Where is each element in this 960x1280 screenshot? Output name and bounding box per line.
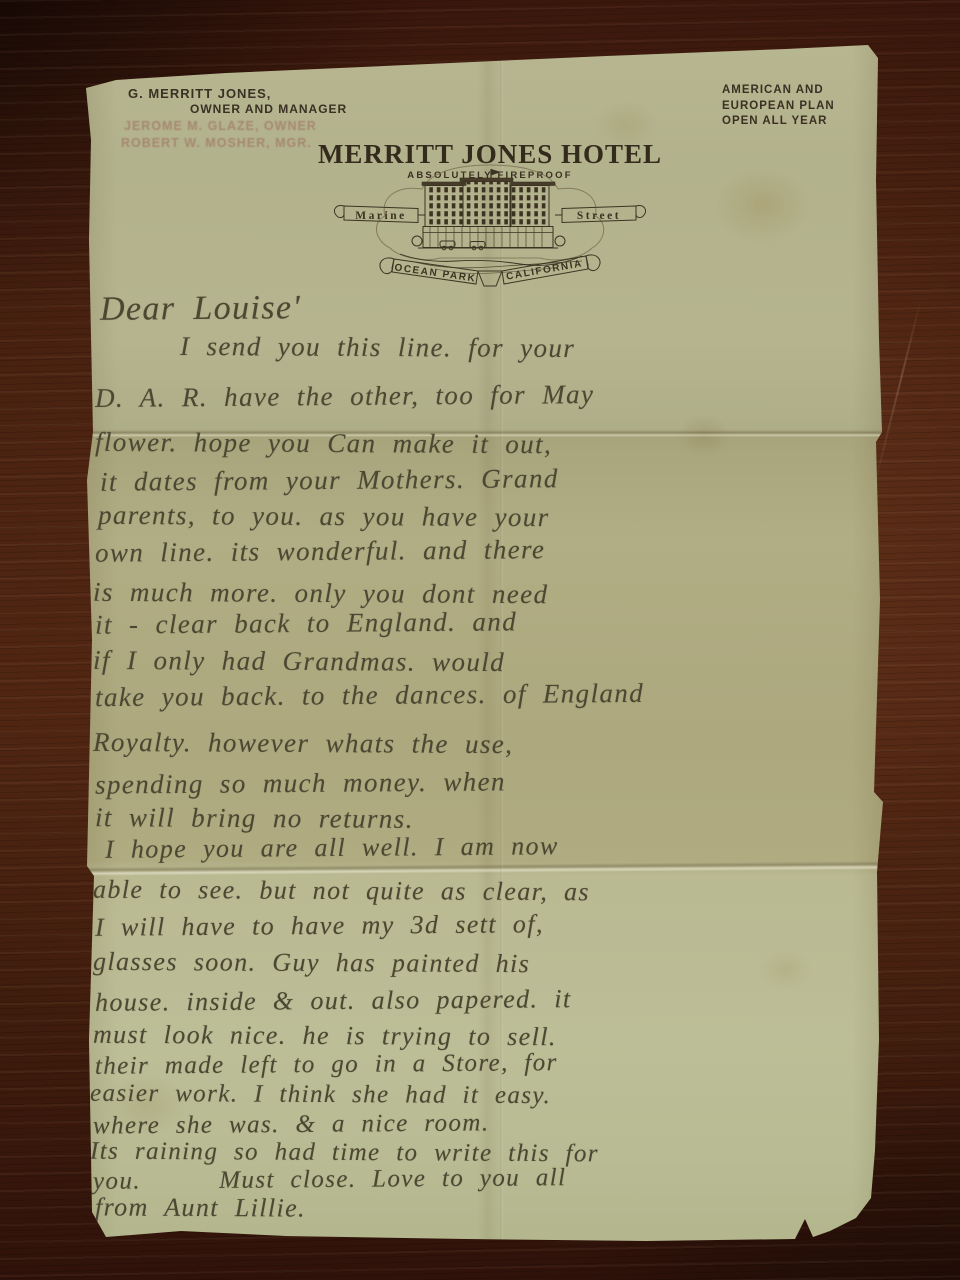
handwritten-line: their made left to go in a Store, for [95,1049,558,1081]
handwritten-line: you. Must close. Love to you all [93,1164,567,1196]
handwritten-line: from Aunt Lillie. [95,1192,306,1223]
handwritten-line: it dates from your Mothers. Grand [100,463,559,498]
handwritten-line: D. A. R. have the other, too for May [95,379,595,414]
handwritten-line: take you back. to the dances. of England [95,678,644,713]
handwritten-line: it will bring no returns. [95,802,414,835]
handwritten-line: flower. hope you Can make it out, [95,427,552,460]
handwritten-line: Royalty. however whats the use, [93,727,514,760]
handwritten-line: where she was. & a nice room. [93,1109,490,1140]
handwritten-line: I hope you are all well. I am now [105,831,559,865]
handwritten-line: is much more. only you dont need [93,577,549,610]
handwritten-line: own line. its wonderful. and there [95,534,546,569]
handwritten-line: must look nice. he is trying to sell. [93,1020,557,1052]
handwritten-line: able to see. but not quite as clear, as [93,875,590,908]
handwritten-line: parents, to you. as you have your [98,500,550,533]
handwritten-line: spending so much money. when [95,766,506,800]
handwritten-line: glasses soon. Guy has painted his [93,947,530,979]
handwritten-line: Dear Louise' [100,289,301,329]
letter-body: Dear Louise'I send you this line. for yo… [86,40,884,1248]
handwritten-line: easier work. I think she had it easy. [90,1080,551,1110]
handwritten-line: it - clear back to England. and [95,606,517,640]
handwritten-line: I send you this line. for your [180,331,575,364]
handwritten-line: I will have to have my 3d sett of, [95,909,544,943]
handwritten-line: house. inside & out. also papered. it [95,984,572,1018]
handwritten-line: if I only had Grandmas. would [93,645,505,678]
letter-paper: G. MERRITT JONES, OWNER AND MANAGER JERO… [86,40,884,1248]
